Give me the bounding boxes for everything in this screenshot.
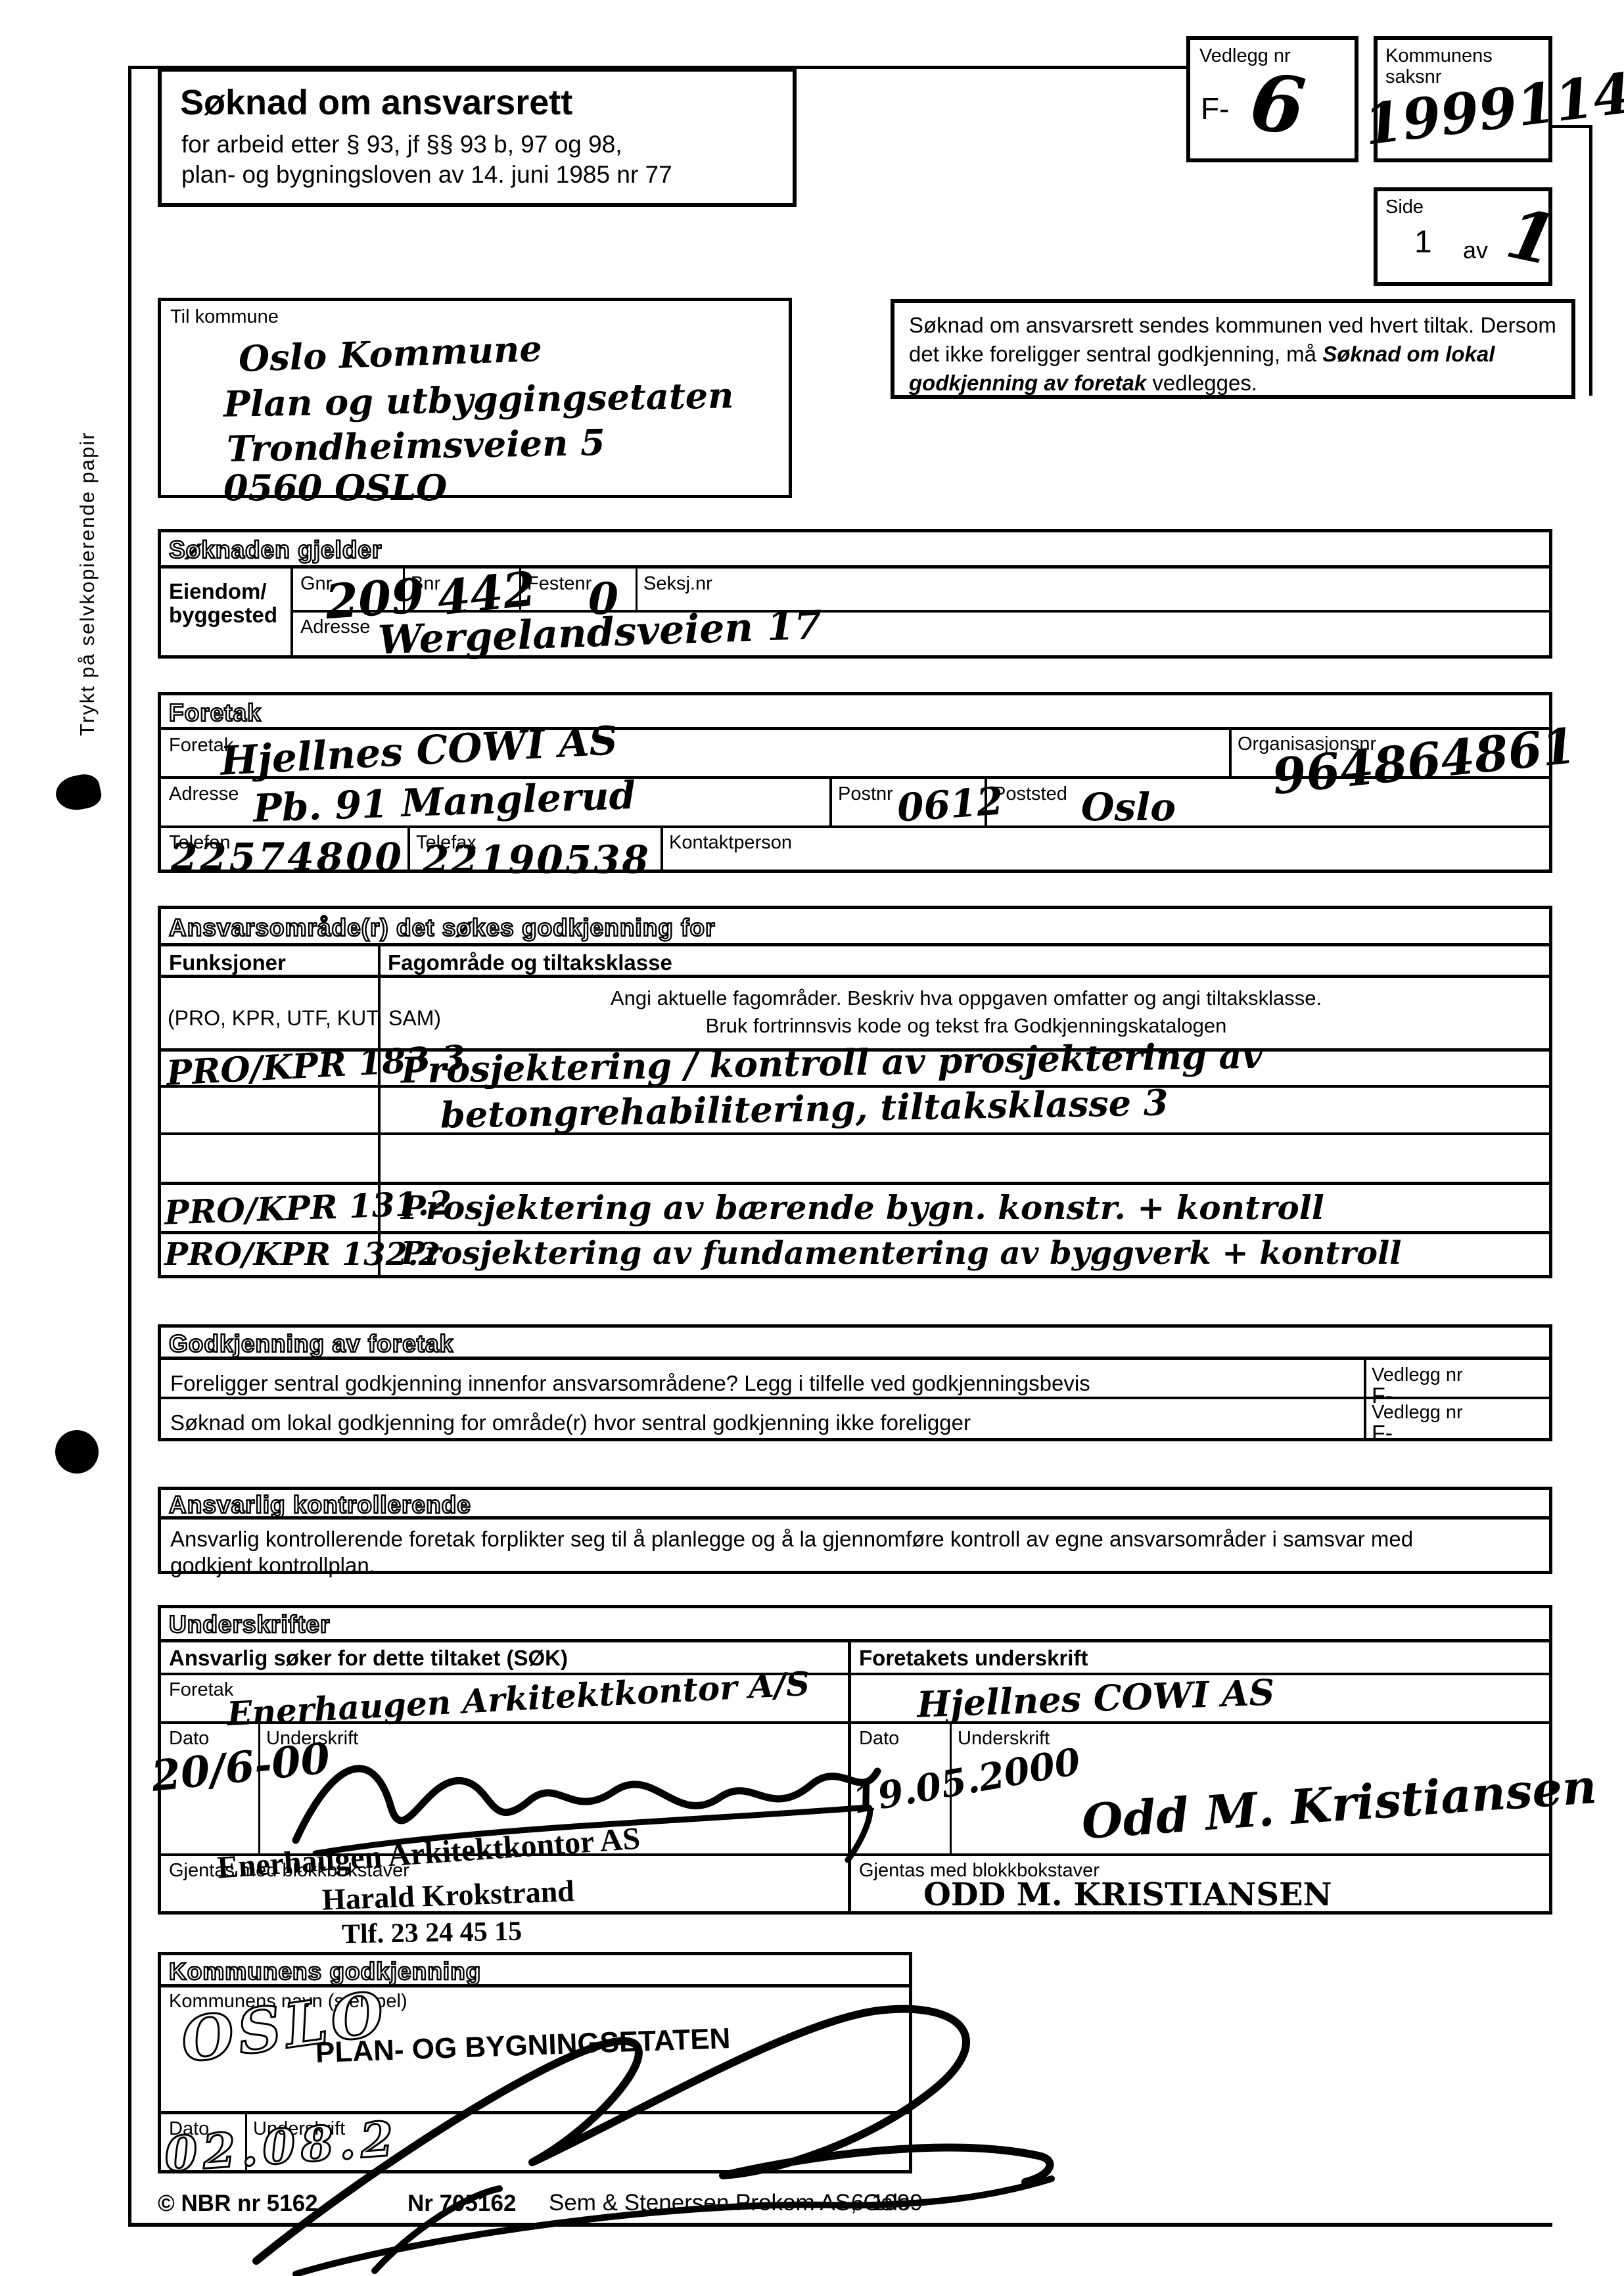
foretaket-title: Foretakets underskrift bbox=[859, 1646, 1088, 1670]
divider bbox=[161, 975, 1549, 978]
form-subtitle-1: for arbeid etter § 93, jf §§ 93 b, 97 og… bbox=[181, 129, 622, 160]
divider bbox=[851, 1853, 1549, 1856]
seksjnr-label: Seksj.nr bbox=[643, 573, 712, 594]
postnr-label: Postnr bbox=[838, 783, 893, 804]
sok-stamp-line3: Tlf. 23 24 45 15 bbox=[342, 1916, 522, 1951]
sok-dato-label: Dato bbox=[169, 1728, 209, 1749]
festenr-label: Festenr bbox=[527, 573, 592, 594]
divider bbox=[161, 1182, 1549, 1185]
section-ansvarsomrade: Ansvarsområde(r) det søkes godkjenning f… bbox=[158, 906, 1552, 1278]
vedlegg-value-handwritten: 6 bbox=[1246, 56, 1309, 152]
margin-note: Trykt på selvkopierende papir bbox=[76, 223, 99, 736]
ansvar-row3-text-handwritten: Prosjektering av bærende bygn. konstr. +… bbox=[401, 1188, 1324, 1227]
divider bbox=[407, 828, 410, 870]
kontrollerende-header: Ansvarlig kontrollerende bbox=[169, 1491, 471, 1519]
foretaket-navn-handwritten: Hjellnes COWI AS bbox=[916, 1671, 1275, 1726]
poststed-handwritten: Oslo bbox=[1081, 785, 1176, 829]
orgnr-value-handwritten: 964864861 bbox=[1270, 718, 1579, 806]
divider bbox=[829, 779, 832, 825]
eiendom-label-1: Eiendom/ bbox=[169, 580, 267, 603]
side-av: av bbox=[1463, 240, 1488, 261]
fagomrade-instr2: Bruk fortrinnsvis kode og tekst fra Godk… bbox=[384, 1015, 1548, 1036]
info-box: Søknad om ansvarsrett sendes kommunen ve… bbox=[891, 299, 1575, 399]
title-box: Søknad om ansvarsrett for arbeid etter §… bbox=[158, 68, 797, 207]
adresse-label: Adresse bbox=[300, 616, 370, 638]
divider bbox=[161, 1516, 1549, 1520]
foretaket-signature-text: Odd M. Kristiansen bbox=[1080, 1758, 1598, 1850]
divider bbox=[1229, 730, 1232, 776]
form-left-border bbox=[128, 66, 131, 2227]
divider bbox=[661, 828, 663, 870]
godkjenning-row2-vedlegg-value: F- bbox=[1372, 1423, 1393, 1444]
scanned-form-page: Trykt på selvkopierende papir Søknad om … bbox=[0, 0, 1624, 2276]
hole-punch-mark-top bbox=[53, 771, 103, 814]
ansvar-row2-text-handwritten: betongrehabilitering, tiltaksklasse 3 bbox=[440, 1081, 1169, 1136]
telefon-handwritten: 22574800 bbox=[171, 835, 404, 879]
funksjoner-col-header: Funksjoner bbox=[169, 951, 286, 975]
vedlegg-prefix: F- bbox=[1201, 98, 1229, 119]
divider bbox=[161, 1357, 1549, 1360]
foretaket-blokk-handwritten: ODD M. KRISTIANSEN bbox=[923, 1876, 1332, 1913]
godkjenning-row1-vedlegg-label: Vedlegg nr bbox=[1372, 1364, 1463, 1385]
godkjenning-row2-vedlegg-label: Vedlegg nr bbox=[1372, 1402, 1463, 1423]
side-total-handwritten: 1 bbox=[1500, 193, 1563, 281]
divider bbox=[161, 1132, 1549, 1135]
section-kontrollerende: Ansvarlig kontrollerende Ansvarlig kontr… bbox=[158, 1487, 1552, 1574]
ansvar-row4-code-handwritten: PRO/KPR 132.2 bbox=[164, 1236, 440, 1273]
info-text: Søknad om ansvarsrett sendes kommunen ve… bbox=[909, 311, 1560, 398]
foretaket-underskrift-label: Underskrift bbox=[958, 1728, 1050, 1749]
divider bbox=[161, 565, 1549, 569]
divider bbox=[161, 1639, 1549, 1642]
hole-punch-mark-bottom bbox=[55, 1430, 99, 1474]
section-godkjenning: Godkjenning av foretak Foreligger sentra… bbox=[158, 1324, 1552, 1441]
divider bbox=[161, 727, 1549, 730]
divider bbox=[161, 1397, 1549, 1399]
vedlegg-box: Vedlegg nr F- 6 bbox=[1186, 36, 1358, 162]
til-kommune-box: Til kommune Oslo Kommune Plan og utbyggi… bbox=[158, 298, 792, 498]
section-foretak: Foretak Foretak Hjellnes COWI AS Organis… bbox=[158, 692, 1552, 873]
info-text-part2: vedlegges. bbox=[1146, 371, 1257, 395]
side-current: 1 bbox=[1414, 232, 1432, 253]
divider bbox=[161, 943, 1549, 946]
til-kommune-line4: 0560 OSLO bbox=[223, 467, 447, 509]
ansvar-row4-text-handwritten: Prosjektering av fundamentering av byggv… bbox=[401, 1235, 1401, 1272]
poststed-label: Poststed bbox=[993, 783, 1067, 804]
side-box: Side 1 av 1 bbox=[1374, 187, 1552, 286]
divider bbox=[378, 946, 381, 1275]
ansvarsomrade-header: Ansvarsområde(r) det søkes godkjenning f… bbox=[169, 914, 716, 942]
til-kommune-label: Til kommune bbox=[170, 306, 279, 327]
side-label: Side bbox=[1385, 197, 1424, 218]
underskrifter-header: Underskrifter bbox=[169, 1611, 330, 1638]
foretak-adresse-label: Adresse bbox=[169, 783, 239, 804]
divider bbox=[636, 569, 638, 610]
kontrollerende-text2: godkjent kontrollplan. bbox=[170, 1550, 1537, 1581]
eiendom-label-2: byggested bbox=[169, 603, 277, 627]
section-soknaden-gjelder: Søknaden gjelder Eiendom/ byggested Gnr … bbox=[158, 529, 1552, 659]
til-kommune-line2: Plan og utbyggingsetaten bbox=[223, 374, 734, 425]
telefax-handwritten: 22190538 bbox=[423, 837, 651, 882]
foretak-adresse-handwritten: Pb. 91 Manglerud bbox=[252, 773, 636, 831]
sok-foretak-label: Foretak bbox=[169, 1679, 233, 1700]
til-kommune-line1: Oslo Kommune bbox=[238, 327, 543, 380]
sok-title: Ansvarlig søker for dette tiltaket (SØK) bbox=[169, 1646, 568, 1670]
til-kommune-line3: Trondheimsveien 5 bbox=[226, 421, 605, 470]
godkjenning-row2-text: Søknad om lokal godkjenning for område(r… bbox=[170, 1408, 1347, 1438]
postnr-handwritten: 0612 bbox=[896, 778, 1005, 830]
divider bbox=[161, 1231, 1549, 1234]
soknaden-gjelder-header: Søknaden gjelder bbox=[169, 536, 382, 564]
form-title: Søknad om ansvarsrett bbox=[180, 83, 572, 122]
foretak-header: Foretak bbox=[169, 699, 262, 727]
kommunens-signature bbox=[217, 1978, 1071, 2274]
form-right-connector bbox=[1589, 125, 1592, 396]
saksnr-box: Kommunens saksnr 199911462 bbox=[1374, 36, 1552, 162]
godkjenning-header: Godkjenning av foretak bbox=[169, 1330, 453, 1358]
form-subtitle-2: plan- og bygningsloven av 14. juni 1985 … bbox=[181, 160, 672, 190]
fagomrade-instr1: Angi aktuelle fagområder. Beskriv hva op… bbox=[384, 988, 1548, 1009]
kontaktperson-label: Kontaktperson bbox=[669, 832, 792, 853]
fagomrade-col-header: Fagområde og tiltaksklasse bbox=[388, 951, 672, 975]
godkjenning-row1-text: Foreligger sentral godkjenning innenfor … bbox=[170, 1368, 1347, 1399]
